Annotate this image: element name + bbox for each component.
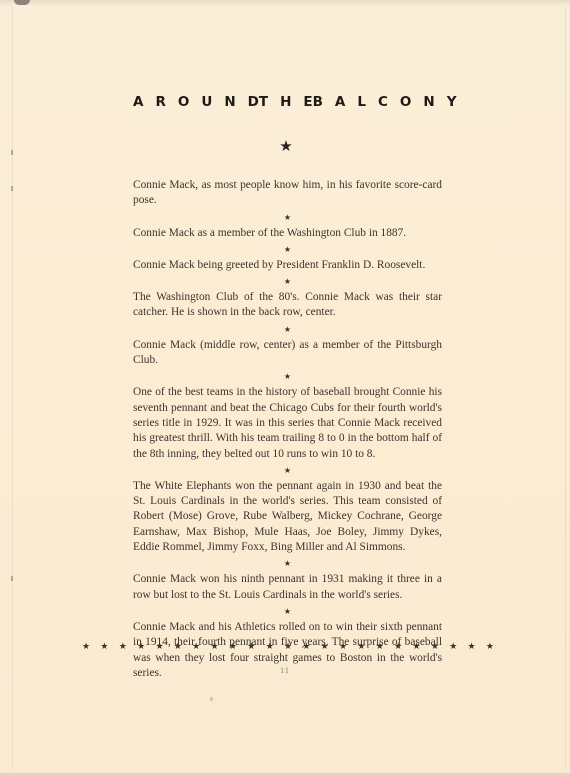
footer-star-icon: ★ [486,641,494,651]
footer-star-border: ★★★★★★★★★★★★★★★★★★★★★★★ [82,641,494,651]
title-letter: N [224,94,235,110]
title-word: BALCONY [313,94,457,110]
footer-star-icon: ★ [376,641,384,651]
footer-star-icon: ★ [229,641,237,651]
footer-star-icon: ★ [137,641,145,651]
footer-star-icon: ★ [247,641,255,651]
caption-paragraph: Connie Mack (middle row, center) as a me… [133,338,442,369]
star-separator-icon: ★ [133,372,442,382]
footer-star-icon: ★ [284,641,292,651]
caption-paragraph: Connie Mack as a member of the Washingto… [133,226,442,241]
star-ornament-icon: ★ [278,139,294,155]
footer-star-icon: ★ [339,641,347,651]
star-separator-icon: ★ [133,607,442,617]
footer-star-icon: ★ [468,641,476,651]
page-left-edge [12,6,13,770]
footer-star-icon: ★ [192,641,200,651]
page-title: AROUNDTHEBALCONY [133,94,449,110]
footer-star-icon: ★ [412,641,420,651]
caption-paragraph: The White Elephants won the pennant agai… [133,479,442,555]
margin-tick [11,150,13,155]
footer-star-icon: ★ [321,641,329,651]
star-separator-icon: ★ [133,277,442,287]
title-letter: H [280,94,291,110]
title-letter: O [178,94,189,110]
document-page: AROUNDTHEBALCONY ★ Connie Mack, as most … [0,0,570,776]
caption-paragraph: The Washington Club of the 80's. Connie … [133,290,442,321]
title-letter: C [378,94,388,110]
star-separator-icon: ★ [133,466,442,476]
paper-smudge [210,697,213,701]
caption-list: Connie Mack, as most people know him, in… [133,178,442,681]
title-letter: E [303,94,312,110]
page-number: 11 [270,666,300,676]
footer-star-icon: ★ [431,641,439,651]
page-top-edge [0,0,570,6]
footer-star-icon: ★ [394,641,402,651]
title-letter: N [423,94,434,110]
title-letter: D [248,94,259,110]
title-letter: A [335,94,345,110]
star-separator-icon: ★ [133,325,442,335]
footer-star-icon: ★ [155,641,163,651]
footer-star-icon: ★ [100,641,108,651]
footer-star-icon: ★ [174,641,182,651]
title-letter: R [155,94,165,110]
caption-paragraph: Connie Mack being greeted by President F… [133,258,442,273]
margin-tick [11,576,13,581]
star-separator-icon: ★ [133,559,442,569]
star-separator-icon: ★ [133,245,442,255]
binding-mark [14,0,30,5]
footer-star-icon: ★ [119,641,127,651]
footer-star-icon: ★ [302,641,310,651]
footer-star-icon: ★ [211,641,219,651]
footer-star-icon: ★ [449,641,457,651]
title-letter: L [357,94,366,110]
title-word: THE [259,94,313,110]
title-letter: Y [447,94,457,110]
title-letter: O [400,94,411,110]
title-word: AROUND [133,94,259,110]
margin-tick [11,186,13,191]
title-letter: U [201,94,212,110]
title-letter: A [133,94,143,110]
star-separator-icon: ★ [133,213,442,223]
page-right-edge [565,6,566,770]
title-letter: T [259,94,268,110]
caption-paragraph: Connie Mack, as most people know him, in… [133,178,442,209]
caption-paragraph: One of the best teams in the history of … [133,385,442,461]
title-letter: B [313,94,323,110]
footer-star-icon: ★ [266,641,274,651]
caption-paragraph: Connie Mack won his ninth pennant in 193… [133,572,442,603]
footer-star-icon: ★ [357,641,365,651]
footer-star-icon: ★ [82,641,90,651]
